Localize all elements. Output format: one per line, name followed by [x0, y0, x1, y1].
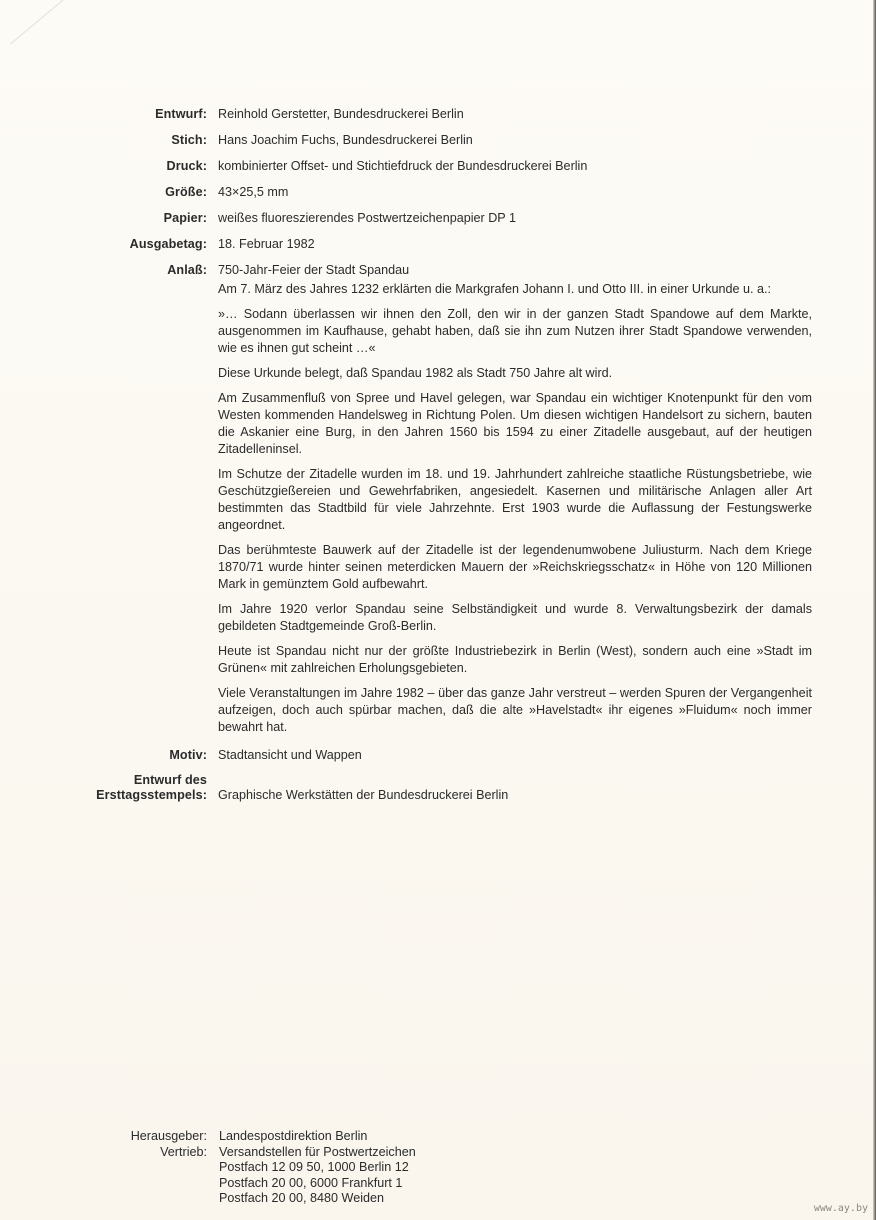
anlass-paragraph: Am 7. März des Jahres 1232 erklärten die…: [218, 281, 812, 298]
watermark: www.ay.by: [814, 1203, 868, 1214]
spec-value: weißes fluoreszierendes Postwertzeichenp…: [218, 210, 812, 227]
anlass-paragraph: Im Schutze der Zitadelle wurden im 18. u…: [218, 466, 812, 534]
spec-label-line: Ersttagsstempels:: [0, 788, 207, 803]
spec-label: Papier:: [0, 210, 207, 227]
spec-value: kombinierter Offset- und Stichtiefdruck …: [218, 158, 812, 175]
footer-row: Postfach 12 09 50, 1000 Berlin 12: [0, 1160, 876, 1176]
spec-label: Motiv:: [0, 747, 207, 764]
spec-label: Anlaß:: [0, 262, 207, 279]
spec-value: 18. Februar 1982: [218, 236, 812, 253]
spec-label: Größe:: [0, 184, 207, 201]
spec-value: Reinhold Gerstetter, Bundesdruckerei Ber…: [218, 106, 812, 123]
spec-row-anlass: Anlaß: 750-Jahr-Feier der Stadt Spandau …: [0, 262, 876, 744]
spec-label: Entwurf des Ersttagsstempels:: [0, 773, 207, 803]
footer-row: Postfach 20 00, 6000 Frankfurt 1: [0, 1176, 876, 1192]
anlass-paragraph: Am Zusammenfluß von Spree und Havel gele…: [218, 390, 812, 458]
footer-label: [0, 1160, 207, 1176]
spec-label: Stich:: [0, 132, 207, 149]
footer-value: Postfach 12 09 50, 1000 Berlin 12: [219, 1160, 409, 1176]
publisher-footer: Herausgeber: Landespostdirektion Berlin …: [0, 1129, 876, 1207]
spec-label-line: Entwurf des: [0, 773, 207, 788]
spec-row-stich: Stich: Hans Joachim Fuchs, Bundesdrucker…: [0, 132, 876, 149]
footer-row: Vertrieb: Versandstellen für Postwertzei…: [0, 1145, 876, 1161]
spec-row-motiv: Motiv: Stadtansicht und Wappen: [0, 747, 876, 764]
anlass-paragraph: Im Jahre 1920 verlor Spandau seine Selbs…: [218, 601, 812, 635]
spec-row-ersttagsstempel: Entwurf des Ersttagsstempels: Graphische…: [0, 773, 876, 804]
spec-row-druck: Druck: kombinierter Offset- und Stichtie…: [0, 158, 876, 175]
footer-value: Versandstellen für Postwertzeichen: [219, 1145, 416, 1161]
anlass-title: 750-Jahr-Feier der Stadt Spandau: [218, 262, 812, 279]
spec-value: Stadtansicht und Wappen: [218, 747, 812, 764]
footer-label: Herausgeber:: [0, 1129, 207, 1145]
spec-label: Entwurf:: [0, 106, 207, 123]
anlass-paragraph: Das berühmteste Bauwerk auf der Zitadell…: [218, 542, 812, 593]
specification-list: Entwurf: Reinhold Gerstetter, Bundesdruc…: [0, 106, 876, 804]
footer-value: Postfach 20 00, 6000 Frankfurt 1: [219, 1176, 402, 1192]
document-page: Entwurf: Reinhold Gerstetter, Bundesdruc…: [0, 0, 876, 1220]
footer-label: [0, 1176, 207, 1192]
spec-value: 43×25,5 mm: [218, 184, 812, 201]
footer-value: Landespostdirektion Berlin: [219, 1129, 367, 1145]
anlass-quote: »… Sodann überlassen wir ihnen den Zoll,…: [218, 306, 812, 357]
spec-value: Hans Joachim Fuchs, Bundesdruckerei Berl…: [218, 132, 812, 149]
spec-row-entwurf: Entwurf: Reinhold Gerstetter, Bundesdruc…: [0, 106, 876, 123]
spec-label: Druck:: [0, 158, 207, 175]
anlass-text: 750-Jahr-Feier der Stadt Spandau Am 7. M…: [218, 262, 812, 744]
footer-label: Vertrieb:: [0, 1145, 207, 1161]
footer-label: [0, 1191, 207, 1207]
footer-row: Herausgeber: Landespostdirektion Berlin: [0, 1129, 876, 1145]
spec-value: Graphische Werkstätten der Bundesdrucker…: [218, 773, 812, 804]
spec-label: Ausgabetag:: [0, 236, 207, 253]
anlass-paragraph: Viele Veranstaltungen im Jahre 1982 – üb…: [218, 685, 812, 736]
footer-value: Postfach 20 00, 8480 Weiden: [219, 1191, 384, 1207]
paper-crease: [10, 0, 109, 98]
spec-row-papier: Papier: weißes fluoreszierendes Postwert…: [0, 210, 876, 227]
spec-row-ausgabetag: Ausgabetag: 18. Februar 1982: [0, 236, 876, 253]
footer-row: Postfach 20 00, 8480 Weiden: [0, 1191, 876, 1207]
anlass-paragraph: Diese Urkunde belegt, daß Spandau 1982 a…: [218, 365, 812, 382]
anlass-paragraph: Heute ist Spandau nicht nur der größte I…: [218, 643, 812, 677]
spec-row-groesse: Größe: 43×25,5 mm: [0, 184, 876, 201]
